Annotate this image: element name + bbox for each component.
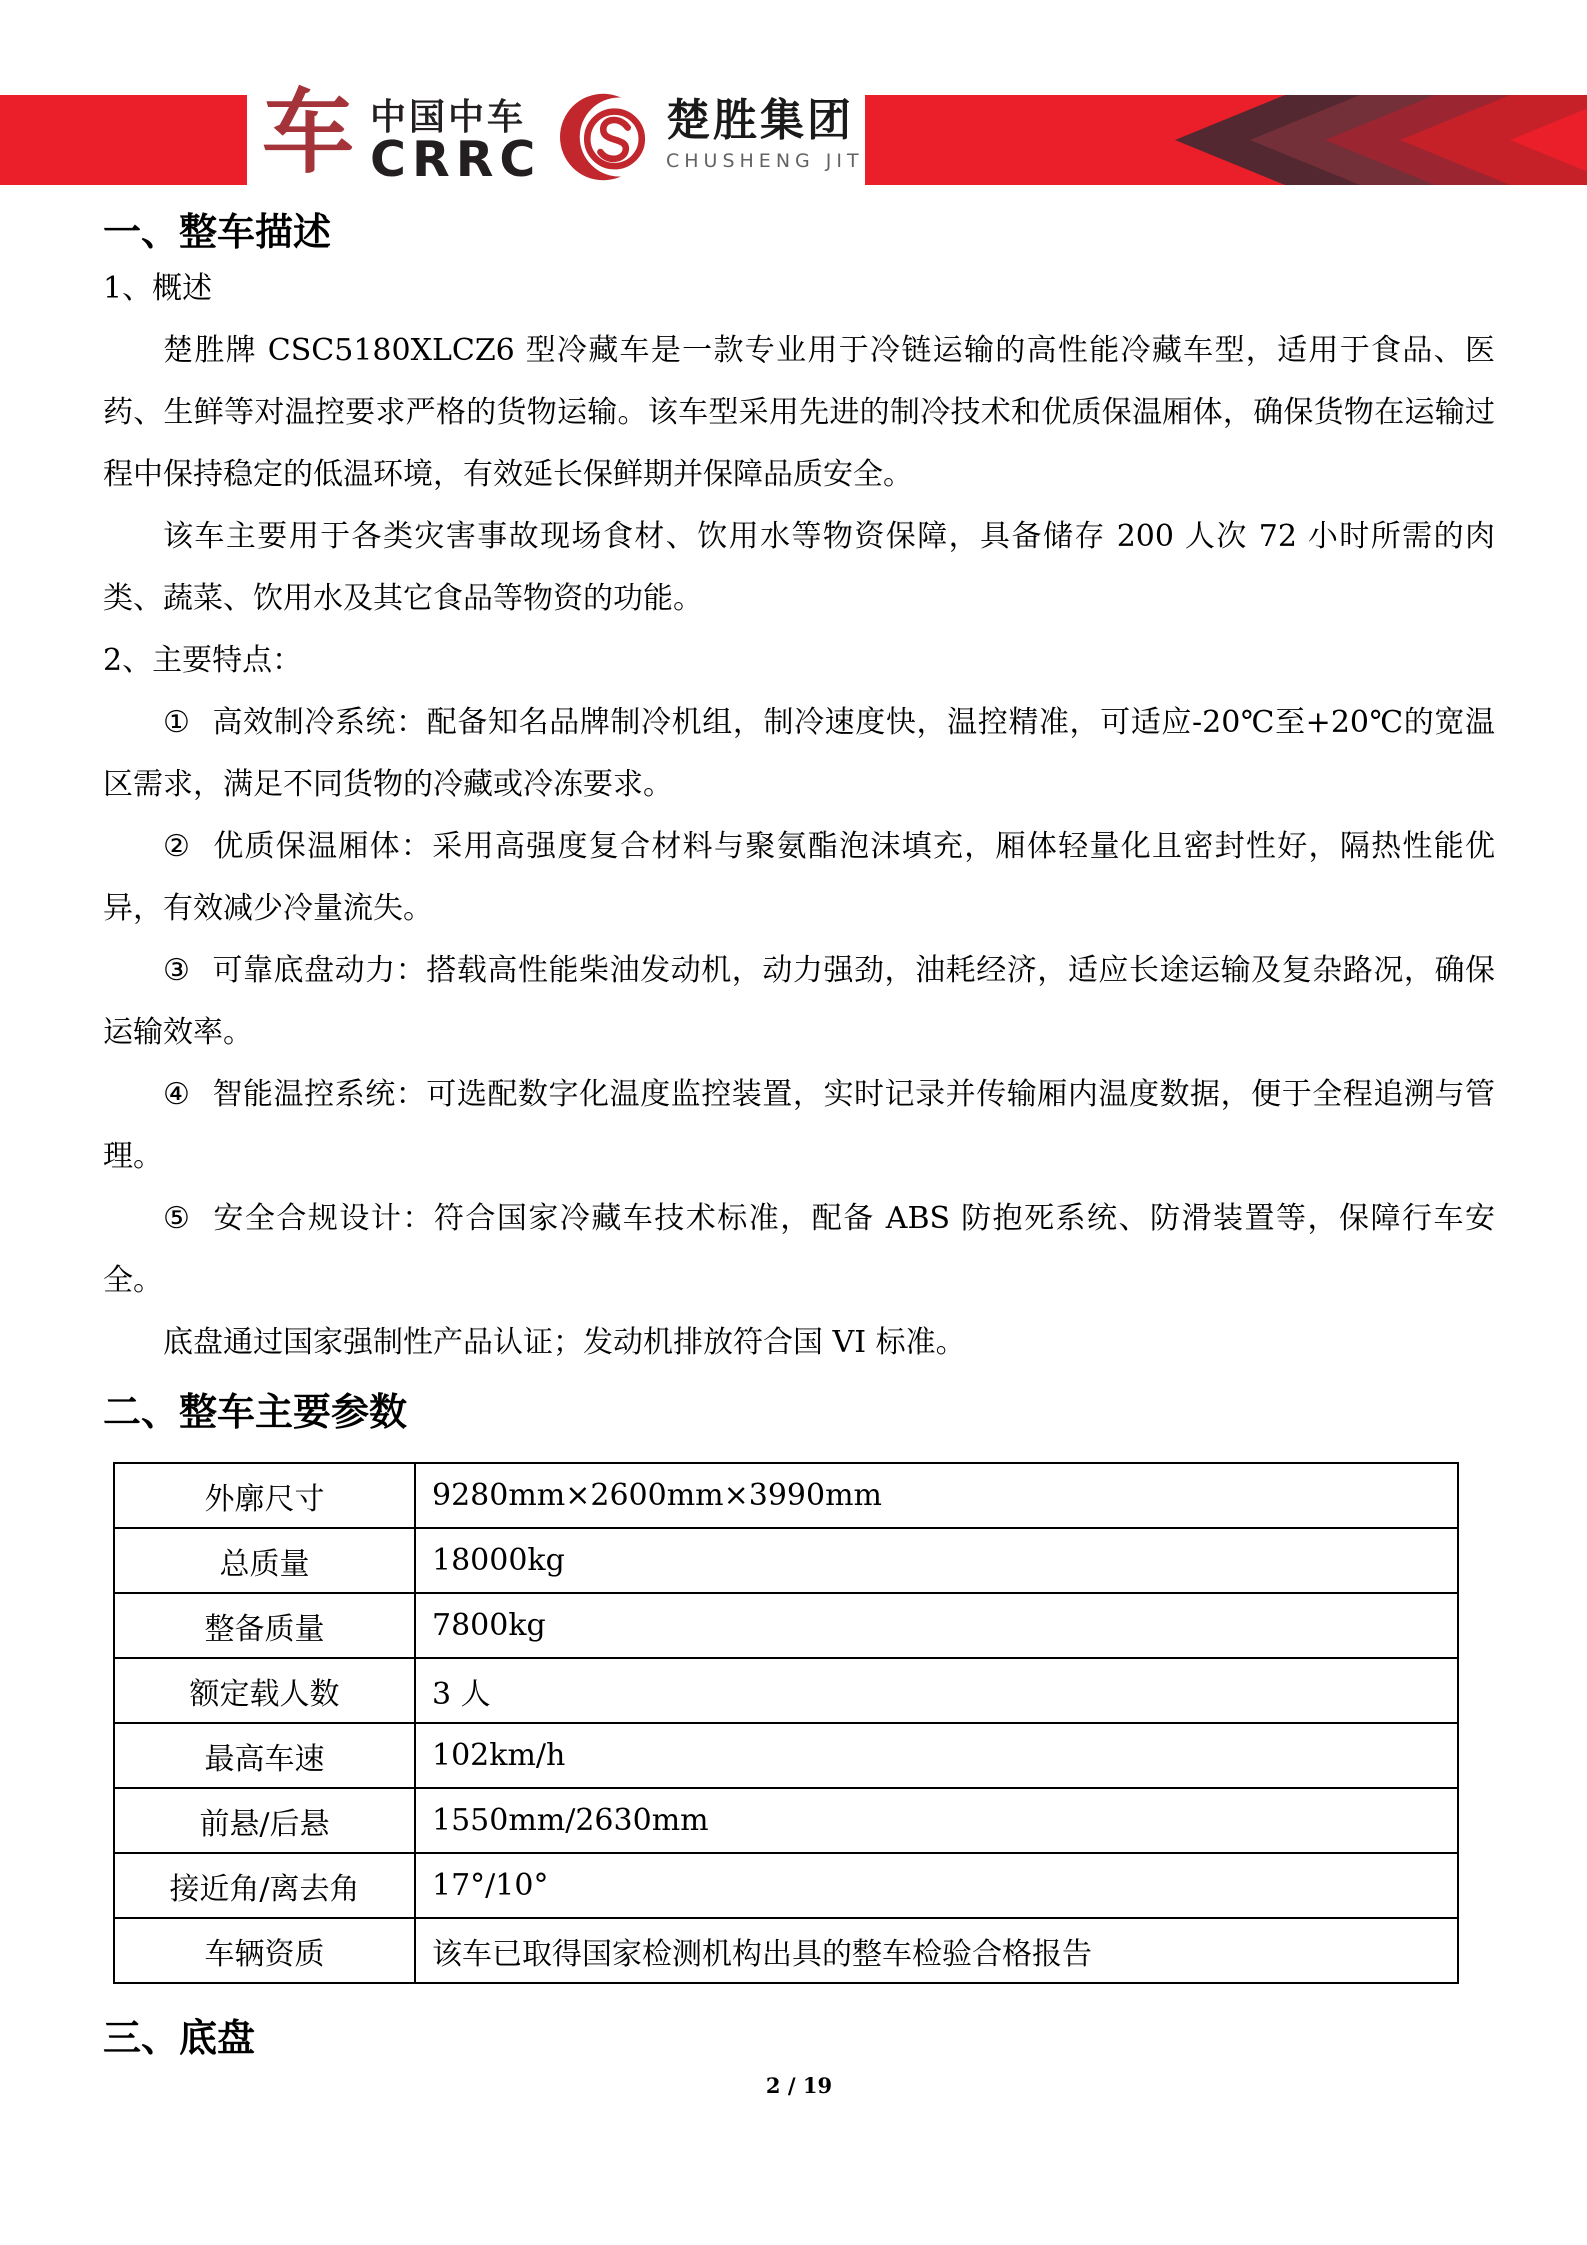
table-row: 整备质量7800kg: [114, 1593, 1458, 1658]
crrc-logo: 中国中车 CRRC: [370, 99, 541, 183]
param-value: 1550mm/2630mm: [415, 1788, 1458, 1853]
param-label: 车辆资质: [114, 1918, 415, 1983]
feature-item-1: ①高效制冷系统：配备知名品牌制冷机组，制冷速度快，温控精准，可适应-20℃至+2…: [103, 692, 1495, 816]
param-value: 18000kg: [415, 1528, 1458, 1593]
header-left-red-bar: [0, 95, 247, 185]
param-label: 整备质量: [114, 1593, 415, 1658]
feature-marker: ②: [163, 829, 191, 864]
params-table: 外廓尺寸9280mm×2600mm×3990mm 总质量18000kg 整备质量…: [113, 1462, 1459, 1984]
param-label: 前悬/后悬: [114, 1788, 415, 1853]
feature-marker: ③: [163, 953, 190, 988]
document-page: 车 中国中车 CRRC 楚胜集团 CHUSHENG JITUAN: [0, 0, 1587, 2245]
chevrons-icon: [865, 95, 1587, 185]
feature-marker: ⑤: [163, 1201, 191, 1236]
table-row: 接近角/离去角17°/10°: [114, 1853, 1458, 1918]
table-row: 总质量18000kg: [114, 1528, 1458, 1593]
overview-para-2: 该车主要用于各类灾害事故现场食材、饮用水等物资保障，具备储存 200 人次 72…: [103, 506, 1495, 630]
overview-para-1: 楚胜牌 CSC5180XLCZ6 型冷藏车是一款专业用于冷链运输的高性能冷藏车型…: [103, 320, 1495, 506]
param-value: 17°/10°: [415, 1853, 1458, 1918]
feature-item-2: ②优质保温厢体：采用高强度复合材料与聚氨酯泡沫填充，厢体轻量化且密封性好，隔热性…: [103, 816, 1495, 940]
param-value: 7800kg: [415, 1593, 1458, 1658]
feature-marker: ④: [163, 1077, 190, 1112]
table-row: 前悬/后悬1550mm/2630mm: [114, 1788, 1458, 1853]
table-row: 外廓尺寸9280mm×2600mm×3990mm: [114, 1463, 1458, 1528]
crrc-mark-icon: 车: [262, 82, 354, 182]
table-row: 最高车速102km/h: [114, 1723, 1458, 1788]
param-value: 102km/h: [415, 1723, 1458, 1788]
feature-item-3: ③可靠底盘动力：搭载高性能柴油发动机，动力强劲，油耗经济，适应长途运输及复杂路况…: [103, 940, 1495, 1064]
param-label: 外廓尺寸: [114, 1463, 415, 1528]
section-3-title: 三、底盘: [103, 2012, 1495, 2064]
param-label: 额定载人数: [114, 1658, 415, 1723]
param-value: 9280mm×2600mm×3990mm: [415, 1463, 1458, 1528]
features-label: 2、主要特点：: [103, 630, 1495, 692]
table-row: 车辆资质该车已取得国家检测机构出具的整车检验合格报告: [114, 1918, 1458, 1983]
param-label: 接近角/离去角: [114, 1853, 415, 1918]
param-label: 总质量: [114, 1528, 415, 1593]
feature-text: 优质保温厢体：采用高强度复合材料与聚氨酯泡沫填充，厢体轻量化且密封性好，隔热性能…: [103, 829, 1495, 926]
crrc-name-en: CRRC: [370, 137, 541, 183]
param-label: 最高车速: [114, 1723, 415, 1788]
feature-item-5: ⑤安全合规设计：符合国家冷藏车技术标准，配备 ABS 防抱死系统、防滑装置等，保…: [103, 1188, 1495, 1312]
chusheng-mark-icon: [560, 90, 654, 184]
feature-text: 可靠底盘动力：搭载高性能柴油发动机，动力强劲，油耗经济，适应长途运输及复杂路况，…: [103, 953, 1495, 1050]
table-row: 额定载人数3 人: [114, 1658, 1458, 1723]
page-number: 2 / 19: [103, 2073, 1495, 2098]
document-body: 一、整车描述 1、概述 楚胜牌 CSC5180XLCZ6 型冷藏车是一款专业用于…: [103, 186, 1495, 2098]
param-value: 3 人: [415, 1658, 1458, 1723]
overview-label: 1、概述: [103, 258, 1495, 320]
section-1-title: 一、整车描述: [103, 206, 1495, 258]
param-value: 该车已取得国家检测机构出具的整车检验合格报告: [415, 1918, 1458, 1983]
feature-text: 安全合规设计：符合国家冷藏车技术标准，配备 ABS 防抱死系统、防滑装置等，保障…: [103, 1201, 1495, 1298]
closing-note: 底盘通过国家强制性产品认证；发动机排放符合国 VI 标准。: [103, 1312, 1495, 1374]
feature-marker: ①: [163, 705, 191, 740]
feature-text: 智能温控系统：可选配数字化温度监控装置，实时记录并传输厢内温度数据，便于全程追溯…: [103, 1077, 1495, 1174]
feature-item-4: ④智能温控系统：可选配数字化温度监控装置，实时记录并传输厢内温度数据，便于全程追…: [103, 1064, 1495, 1188]
feature-text: 高效制冷系统：配备知名品牌制冷机组，制冷速度快，温控精准，可适应-20℃至+20…: [103, 705, 1495, 802]
section-2-title: 二、整车主要参数: [103, 1386, 1495, 1438]
header-right-red-bar: [865, 95, 1587, 185]
